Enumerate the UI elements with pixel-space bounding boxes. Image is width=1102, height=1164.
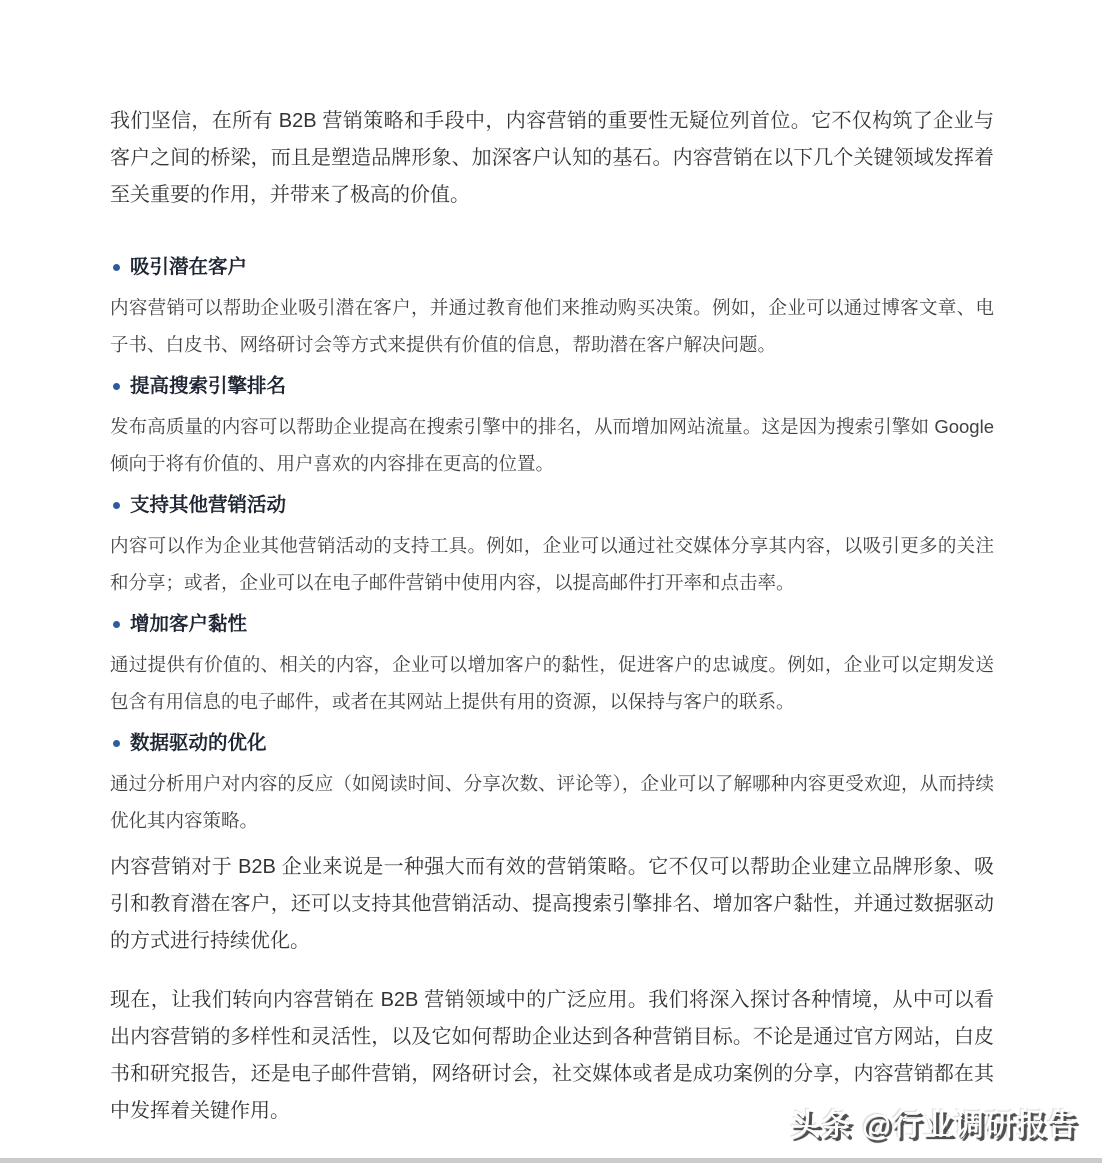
section-title: 支持其他营销活动 <box>130 490 286 520</box>
section-title: 吸引潜在客户 <box>130 252 247 282</box>
bullet-dot-icon <box>113 621 120 628</box>
bottom-page-edge <box>0 1158 1102 1163</box>
document-content: 我们坚信，在所有 B2B 营销策略和手段中，内容营销的重要性无疑位列首位。它不仅… <box>110 103 994 1130</box>
bullet-dot-icon <box>113 740 120 747</box>
intro-paragraph: 我们坚信，在所有 B2B 营销策略和手段中，内容营销的重要性无疑位列首位。它不仅… <box>110 103 994 214</box>
toutiao-watermark: 头条 @行业调研报告 <box>790 1100 1078 1144</box>
document-page: 我们坚信，在所有 B2B 营销策略和手段中，内容营销的重要性无疑位列首位。它不仅… <box>0 0 1102 1164</box>
section-body: 内容可以作为企业其他营销活动的支持工具。例如，企业可以通过社交媒体分享其内容，以… <box>110 528 994 601</box>
section-heading: 增加客户黏性 <box>110 609 994 639</box>
section-heading: 提高搜索引擎排名 <box>110 371 994 401</box>
key-areas-list: 吸引潜在客户 内容营销可以帮助企业吸引潜在客户，并通过教育他们来推动购买决策。例… <box>110 252 994 839</box>
list-item: 吸引潜在客户 内容营销可以帮助企业吸引潜在客户，并通过教育他们来推动购买决策。例… <box>110 252 994 363</box>
section-body: 通过提供有价值的、相关的内容，企业可以增加客户的黏性，促进客户的忠诚度。例如，企… <box>110 647 994 720</box>
section-body: 发布高质量的内容可以帮助企业提高在搜索引擎中的排名，从而增加网站流量。这是因为搜… <box>110 409 994 482</box>
list-item: 提高搜索引擎排名 发布高质量的内容可以帮助企业提高在搜索引擎中的排名，从而增加网… <box>110 371 994 482</box>
list-item: 增加客户黏性 通过提供有价值的、相关的内容，企业可以增加客户的黏性，促进客户的忠… <box>110 609 994 720</box>
bullet-dot-icon <box>113 264 120 271</box>
section-body: 内容营销可以帮助企业吸引潜在客户，并通过教育他们来推动购买决策。例如，企业可以通… <box>110 290 994 363</box>
bullet-dot-icon <box>113 502 120 509</box>
list-item: 支持其他营销活动 内容可以作为企业其他营销活动的支持工具。例如，企业可以通过社交… <box>110 490 994 601</box>
list-item: 数据驱动的优化 通过分析用户对内容的反应（如阅读时间、分享次数、评论等），企业可… <box>110 728 994 839</box>
section-title: 提高搜索引擎排名 <box>130 371 286 401</box>
section-title: 数据驱动的优化 <box>130 728 267 758</box>
bullet-dot-icon <box>113 383 120 390</box>
section-title: 增加客户黏性 <box>130 609 247 639</box>
section-heading: 支持其他营销活动 <box>110 490 994 520</box>
section-heading: 吸引潜在客户 <box>110 252 994 282</box>
section-heading: 数据驱动的优化 <box>110 728 994 758</box>
summary-paragraph: 内容营销对于 B2B 企业来说是一种强大而有效的营销策略。它不仅可以帮助企业建立… <box>110 849 994 960</box>
section-body: 通过分析用户对内容的反应（如阅读时间、分享次数、评论等），企业可以了解哪种内容更… <box>110 766 994 839</box>
